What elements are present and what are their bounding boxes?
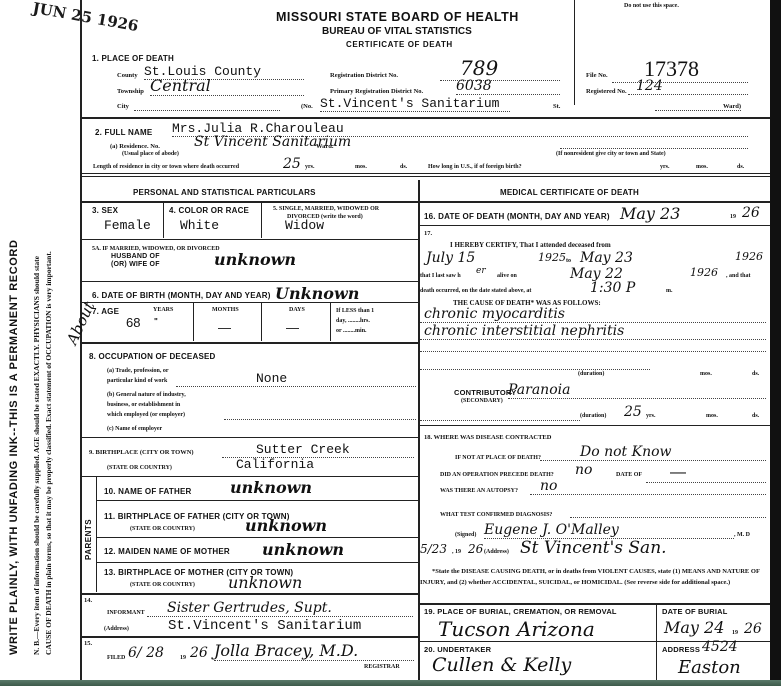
- burial-place-label: 19. PLACE OF BURIAL, CREMATION, OR REMOV…: [424, 607, 617, 616]
- mother-bp-value: unknown: [228, 573, 302, 592]
- burial-place-value: Tucson Arizona: [438, 617, 595, 641]
- contributory-value: Paranoia: [508, 382, 766, 399]
- filed-label: FILED: [107, 655, 125, 661]
- m-label: m.: [666, 288, 673, 294]
- age-annotation: About: [63, 299, 98, 348]
- birthplace-label: 9. BIRTHPLACE (CITY OR TOWN): [89, 449, 194, 456]
- nonresident-line: [560, 141, 748, 149]
- cause-mos-label: mos.: [700, 371, 712, 377]
- undertaker-address-street: Easton: [678, 657, 741, 678]
- board-title: MISSOURI STATE BOARD OF HEALTH: [276, 10, 519, 24]
- nb-note-line2: CAUSE OF DEATH in plain terms, so that i…: [44, 251, 53, 655]
- us-residence-label: How long in U.S., if of foreign birth?: [428, 164, 522, 170]
- dod-label: 16. DATE OF DEATH (MONTH, DAY AND YEAR): [424, 212, 610, 221]
- race-value: White: [180, 218, 219, 233]
- sex-label: 3. SEX: [92, 206, 118, 215]
- length-ds-label: ds.: [400, 164, 407, 170]
- contracted-value: Do not Know: [540, 444, 766, 461]
- medical-bottom-rule: [420, 603, 770, 605]
- age-row-rule: [82, 342, 418, 344]
- certify-number: 17.: [424, 230, 432, 237]
- burial-divider: [656, 604, 657, 680]
- spouse-label-3: (OR) WIFE OF: [111, 261, 160, 268]
- signed-value: Eugene J. O'Malley: [484, 522, 734, 539]
- mother-label: 12. MAIDEN NAME OF MOTHER: [104, 547, 230, 556]
- informant-row-rule: [82, 636, 418, 638]
- primary-reg-label: Primary Registration District No.: [330, 88, 423, 95]
- informant-number: 14.: [84, 597, 92, 604]
- parents-bottom-rule: [82, 593, 418, 595]
- filed-year-value: 26: [190, 645, 208, 661]
- operation-value: no: [575, 462, 592, 478]
- days-value: —: [286, 320, 299, 335]
- residence-ward-label: Ward.: [316, 143, 334, 150]
- to-label: to: [566, 258, 571, 264]
- sign-year-prefix: , 19: [452, 549, 461, 555]
- burial-date-value: May 24: [664, 618, 724, 637]
- contrib-mos-label: mos.: [706, 413, 718, 419]
- burial-year-prefix: 19: [732, 630, 738, 636]
- marital-label-1: 5. SINGLE, MARRIED, WIDOWED OR: [273, 206, 379, 212]
- personal-heading: PERSONAL AND STATISTICAL PARTICULARS: [133, 188, 316, 197]
- contrib-yrs-label: yrs.: [646, 413, 656, 419]
- length-residence-label: Length of residence in city or town wher…: [93, 164, 239, 170]
- contrib-duration-label: (duration): [580, 413, 606, 419]
- alive-on-label: alive on: [497, 273, 517, 279]
- header-divider: [574, 0, 575, 105]
- sign-year-value: 26: [468, 542, 483, 556]
- cause-duration-label: (duration): [578, 371, 604, 377]
- township-value: Central: [150, 76, 304, 96]
- length-mos-label: mos.: [355, 164, 367, 170]
- age-years-value: 68: [126, 315, 140, 330]
- marital-value: Widow: [285, 218, 324, 233]
- undertaker-value: Cullen & Kelly: [432, 654, 571, 676]
- certify-label: I HEREBY CERTIFY, That I attended deceas…: [450, 241, 611, 249]
- contracted-label: 18. WHERE WAS DISEASE CONTRACTED: [424, 434, 551, 441]
- registered-no-value: 124: [628, 78, 748, 95]
- spouse-label-2: HUSBAND OF: [111, 253, 160, 260]
- days-less-divider: [330, 303, 331, 341]
- parents-divider: [96, 477, 97, 592]
- sign-address-label: (Address): [484, 549, 509, 555]
- less-than-day-label-2: day, ........hrs.: [336, 318, 370, 324]
- nonresident-note: (If nonresident give city or town and St…: [556, 151, 666, 157]
- mother-bp-state-label: (STATE OR COUNTRY): [130, 582, 195, 588]
- spouse-value: unknown: [214, 250, 296, 269]
- name-section-rule: [82, 173, 770, 177]
- father-label: 10. NAME OF FATHER: [104, 487, 191, 496]
- death-time-value: 1:30 P: [590, 280, 635, 296]
- full-name-label: 2. FULL NAME: [95, 128, 152, 137]
- race-label: 4. COLOR OR RACE: [169, 206, 249, 215]
- test-value: [570, 510, 766, 518]
- cause-line-4: [420, 362, 650, 370]
- registrar-label: REGISTRAR: [364, 664, 400, 670]
- registered-no-label: Registered No.: [586, 88, 627, 95]
- length-residence-years: 25: [283, 156, 301, 172]
- father-bp-value: unknown: [245, 516, 327, 535]
- permanent-record-notice: WRITE PLAINLY, WITH UNFADING INK--THIS I…: [8, 240, 20, 656]
- taskbar[interactable]: [0, 680, 781, 686]
- undertaker-address-number: 4524: [702, 639, 738, 655]
- do-not-use-note: Do not use this space.: [624, 3, 679, 9]
- dob-row-rule: [82, 302, 418, 303]
- bureau-title: BUREAU OF VITAL STATISTICS: [322, 26, 472, 37]
- death-time-label: death occurred, on the date stated above…: [420, 288, 531, 294]
- birthplace-city-value: Sutter Creek: [222, 442, 414, 458]
- filed-year-prefix: 19: [180, 655, 186, 661]
- primary-reg-value: 6038: [456, 78, 560, 95]
- institution-value: St.Vincent's Sanitarium: [320, 96, 510, 112]
- autopsy-value: no: [530, 478, 766, 495]
- father-value: unknown: [230, 478, 312, 497]
- secondary-label: (SECONDARY): [461, 398, 503, 404]
- cause-ds-label: ds.: [752, 371, 759, 377]
- years-label: YEARS: [153, 307, 173, 313]
- city-value: [134, 103, 280, 111]
- dod-value: May 23: [620, 204, 680, 223]
- nb-note-line1: N. B.—Every item of information should b…: [32, 256, 41, 655]
- informant-value: Sister Gertrudes, Supt.: [147, 600, 413, 617]
- cause-footnote: *State the DISEASE CAUSING DEATH, or in …: [420, 566, 766, 588]
- informant-address-label: (Address): [104, 626, 129, 632]
- test-label: WHAT TEST CONFIRMED DIAGNOSIS?: [440, 512, 552, 518]
- occ-a-value: None: [176, 371, 416, 387]
- cause-line-3: [420, 344, 766, 352]
- contrib-ds-label: ds.: [752, 413, 759, 419]
- mother-value: unknown: [262, 540, 344, 559]
- burial-year-value: 26: [744, 621, 762, 637]
- medical-heading-rule: [420, 201, 770, 203]
- dob-label: 6. DATE OF BIRTH (MONTH, DAY AND YEAR): [92, 291, 271, 300]
- city-label: City: [117, 103, 129, 110]
- birthplace-row-rule: [82, 476, 418, 477]
- occupation-label: 8. OCCUPATION OF DECEASED: [89, 352, 216, 361]
- no-label: (No.: [301, 103, 313, 110]
- death-certificate: JUN 25 1926 WRITE PLAINLY, WITH UNFADING…: [0, 0, 770, 680]
- file-no-label: File No.: [586, 72, 608, 79]
- received-date-stamp: JUN 25 1926: [31, 0, 139, 35]
- less-than-day-label-1: If LESS than 1: [336, 308, 374, 314]
- dod-year-value: 26: [742, 205, 760, 221]
- us-ds-label: ds.: [737, 164, 744, 170]
- occ-b-label-1: (b) General nature of industry,: [107, 392, 186, 398]
- parents-label: PARENTS: [84, 519, 93, 560]
- contrib-duration-value: 25: [624, 404, 642, 420]
- months-label: MONTHS: [212, 307, 239, 313]
- informant-label: INFORMANT: [107, 610, 145, 616]
- certificate-title: CERTIFICATE OF DEATH: [346, 40, 453, 49]
- viewer-edge: [770, 0, 781, 680]
- occupation-row-rule: [82, 437, 418, 438]
- sex-row-rule: [82, 239, 418, 240]
- dob-value: Unknown: [275, 284, 359, 303]
- age-months-divider: [193, 303, 194, 341]
- autopsy-label: WAS THERE AN AUTOPSY?: [440, 488, 518, 494]
- personal-heading-rule: [82, 201, 418, 203]
- ward-label: Ward): [655, 103, 741, 111]
- age-label: 7. AGE: [92, 307, 119, 316]
- registrar-signature: Jolla Bracey, M.D.: [214, 641, 414, 661]
- attended-to-year: 1926: [735, 250, 763, 263]
- birthplace-state-value: California: [236, 457, 314, 472]
- years-ditto: ": [154, 317, 158, 326]
- occ-a-label-2: particular kind of work: [107, 378, 167, 384]
- sex-race-divider: [163, 202, 164, 238]
- sign-date-value: 5/23: [420, 542, 447, 556]
- residence-label: (a) Residence. No.: [110, 143, 160, 150]
- spouse-label-1: 5A. IF MARRIED, WIDOWED, OR DIVORCED: [92, 246, 220, 252]
- filed-number: 15.: [84, 640, 92, 647]
- sign-address-value: St Vincent's San.: [520, 538, 667, 558]
- mother-row-rule: [97, 562, 418, 563]
- occ-b-value: [224, 412, 416, 420]
- undertaker-label: 20. UNDERTAKER: [424, 645, 491, 654]
- occ-b-label-3: which employed (or employer): [107, 412, 185, 418]
- race-marital-divider: [261, 202, 262, 238]
- residence-note: (Usual place of abode): [122, 151, 179, 157]
- cause-row-rule: [420, 425, 770, 426]
- burial-date-label: DATE OF BURIAL: [662, 607, 728, 616]
- less-than-day-label-3: or ........min.: [336, 328, 367, 334]
- undertaker-address-label: ADDRESS: [662, 645, 700, 654]
- header-bottom-rule: [82, 117, 770, 119]
- township-label: Township: [117, 88, 144, 95]
- attended-from-year: 1925: [538, 251, 566, 264]
- not-place-label: IF NOT AT PLACE OF DEATH?: [455, 455, 541, 461]
- father-row-rule: [97, 500, 418, 501]
- occ-a-label-1: (a) Trade, profession, or: [107, 368, 169, 374]
- center-divider: [418, 180, 420, 680]
- us-yrs-label: yrs.: [660, 164, 670, 170]
- cause-line-2: chronic interstitial nephritis: [420, 323, 766, 340]
- occ-b-label-2: business, or establishment in: [107, 402, 180, 408]
- md-label: , M. D: [734, 532, 750, 538]
- county-label: County: [117, 72, 138, 79]
- last-saw-pronoun: er: [476, 266, 486, 276]
- street-label: St.: [553, 103, 560, 110]
- birthplace-state-label: (STATE OR COUNTRY): [107, 465, 172, 471]
- last-saw-label: that I last saw h: [420, 273, 461, 279]
- father-bp-row-rule: [97, 537, 418, 538]
- dod-row-rule: [420, 225, 770, 226]
- occ-c-label: (c) Name of employer: [107, 426, 162, 432]
- last-saw-year: 1926: [690, 266, 718, 279]
- cause-line-1: chronic myocarditis: [420, 306, 766, 323]
- signed-label: (Signed): [455, 532, 476, 538]
- filed-date-value: 6/ 28: [128, 645, 164, 661]
- father-bp-state-label: (STATE OR COUNTRY): [130, 526, 195, 532]
- informant-address-value: St.Vincent's Sanitarium: [168, 618, 361, 634]
- days-label: DAYS: [289, 307, 305, 313]
- attended-to-value: May 23: [580, 250, 633, 266]
- reg-district-label: Registration District No.: [330, 72, 398, 79]
- contrib-duration-line: [420, 413, 580, 421]
- spouse-row-rule: [82, 281, 418, 282]
- sex-value: Female: [104, 218, 151, 233]
- dod-year-prefix: 19: [730, 214, 736, 220]
- attended-from-value: July 15: [426, 250, 475, 266]
- months-value: —: [218, 320, 231, 335]
- us-mos-label: mos.: [696, 164, 708, 170]
- medical-heading: MEDICAL CERTIFICATE OF DEATH: [500, 188, 639, 197]
- and-that-label: , and that: [726, 273, 751, 279]
- length-yrs-label: yrs.: [305, 164, 315, 170]
- place-of-death-label: 1. PLACE OF DEATH: [92, 54, 174, 63]
- months-days-divider: [261, 303, 262, 341]
